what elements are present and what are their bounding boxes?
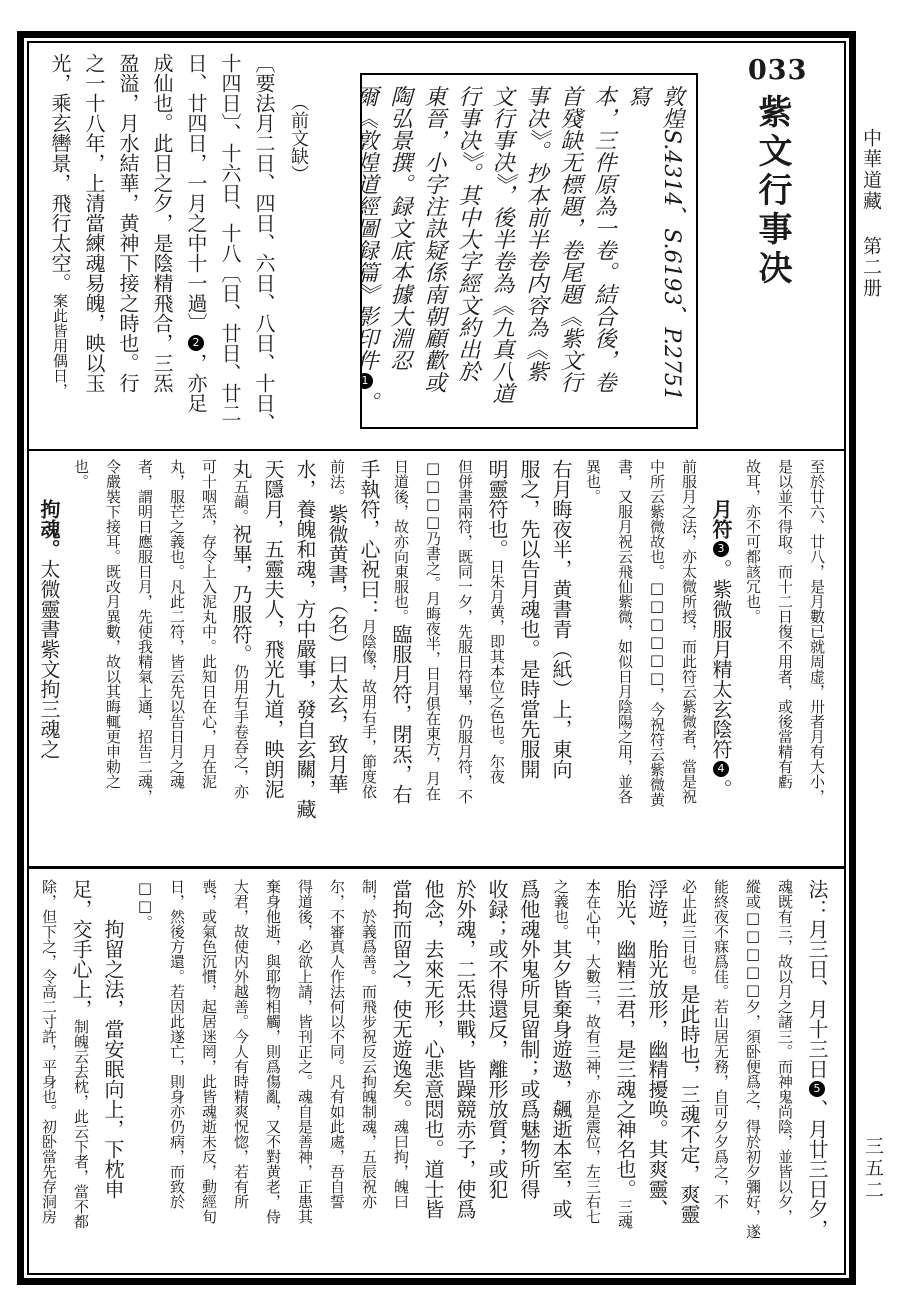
text-run: 十四日〕、十六日、十八〔日、廿日、廿二 xyxy=(218,53,242,423)
text-run: 太微靈書紫文拘三魂之 xyxy=(37,559,61,759)
text-run: 大君，故使内外越善。今人有時精爽怳惚，若有所 xyxy=(232,879,250,1209)
text-column: 盈溢，月水結華，黄神下接之時也。行 xyxy=(111,53,145,441)
text-run: 月陰像，故用右手，節度依 xyxy=(360,619,378,799)
text-run: 足，交手心上， xyxy=(69,879,93,1019)
text-column: 令嚴裝下接耳。既改月異數，故以其晦輒更申勅之 xyxy=(97,459,129,862)
volume-label: 第二册 xyxy=(860,236,882,299)
text-run: 陶弘景撰。録文底本據大淵忍 xyxy=(387,85,412,371)
text-column: 丸五韻。祝畢，乃服符。仍用右手卷吞之，亦 xyxy=(225,459,257,862)
text-column: 事决》。抄本前半卷内容為《紫 xyxy=(518,85,552,417)
text-run: 胎光、幽精三君，是三魂之神名也。 xyxy=(613,879,637,1199)
text-column: 前法。紫微黄書，（名）曰太玄，致月華 xyxy=(321,459,353,862)
text-column: 之一十八年，上清當練魂易魄，映以玉 xyxy=(77,53,111,441)
text-run: 。紫微服月精太玄陰符 xyxy=(709,559,733,759)
text-run: 爲他魂外鬼所見留制；或爲魅物所得 xyxy=(517,879,541,1199)
text-run: 中所云紫微故也。□□□□□□，今祝符云紫微黄 xyxy=(648,459,666,807)
text-run: 魂既有三，故以月之諸三。而神鬼尚陰，並皆以夕， xyxy=(776,879,794,1224)
text-column: 是以並不得取。而十二日復不用者，或後當精有虧 xyxy=(769,459,801,862)
series-label: 中華道藏 第二册 xyxy=(858,128,885,299)
section-middle: 至於廿六、廿八，是月數已就周虚，卅者月有大小，是以並不得取。而十二日復不用者，或… xyxy=(29,451,837,866)
text-column: 本在心中，大數三，故有三神，亦是震位，左三右七 xyxy=(577,879,609,1269)
text-column: 陶弘景撰。録文底本據大淵忍 xyxy=(382,85,416,417)
text-column: 敦煌S.4314、S.6193、P.2751寫 xyxy=(620,85,688,417)
text-run: 必止此三日也。 xyxy=(680,879,698,984)
text-run: 書，又服月祝云飛仙紫微，如似日月陰陽之用，並各 xyxy=(616,459,634,804)
text-run: 令嚴裝下接耳。既改月異數，故以其晦輒更申勅之 xyxy=(104,459,122,789)
text-run: 仍用右手卷吞之，亦 xyxy=(232,664,250,799)
text-run: 浮遊，胎光放形，幽精擾唤。其爽靈、 xyxy=(645,879,669,1219)
text-column: 喪，或氣色沉慣，起居迷罔，此皆魂逝未反，動經旬 xyxy=(193,879,225,1269)
text-column: 大君，故使内外越善。今人有時精爽怳惚，若有所 xyxy=(225,879,257,1269)
text-run: 前服月之法，亦太微所授，而此符云紫微者，當是祝 xyxy=(680,459,698,804)
text-run: 其夕皆棄身遊遨，飆逝本室，或 xyxy=(549,939,573,1219)
text-column: 月符3。紫微服月精太玄陰符4。 xyxy=(705,459,737,862)
text-run: 他念，去來无形，心悲意悶也。道士皆 xyxy=(421,879,445,1219)
text-run: 收録；或不得還反，離形放質；或犯 xyxy=(485,879,509,1199)
text-run: 除，但下之，令高二寸許，平身也。初卧當先存洞房 xyxy=(40,879,58,1224)
text-run: 尔，不審真人作法何以不同。凡有如此處，吾自誓 xyxy=(328,879,346,1209)
text-column: 中所云紫微故也。□□□□□□，今祝符云紫微黄 xyxy=(641,459,673,862)
text-column: 〔要法月二日、四日、六日、八日、十日、 xyxy=(247,53,281,441)
top-text-block: （前文缺）〔要法月二日、四日、六日、八日、十日、十四日〕、十六日、十八〔日、廿日… xyxy=(39,53,315,441)
text-run: 之義也。 xyxy=(552,879,570,939)
text-column: 丸，服芒之義也。凡此二符，皆云先以告日月之魂 xyxy=(161,459,193,862)
text-column: 能終夜不寐爲佳。若山居无務，自可夕夕爲之，不 xyxy=(705,879,737,1269)
text-column: 日，然後方還。若因此遂亡，則身亦仍病，而致於 xyxy=(161,879,193,1269)
document-header: 033 紫文行事决 xyxy=(748,55,794,289)
text-run: 日朱月黄，即其本位之色也。尔夜 xyxy=(488,559,506,784)
text-run: 五韻。 xyxy=(232,479,250,524)
text-column: 他念，去來无形，心悲意悶也。道士皆 xyxy=(417,879,449,1269)
text-run: 拘魂。 xyxy=(37,499,61,559)
text-column: 成仙也。此日之夕，是陰精飛合，三炁 xyxy=(145,53,179,441)
text-column: 明靈符也。日朱月黄，即其本位之色也。尔夜 xyxy=(481,459,513,862)
text-run: 文行事决》，後半卷為《九真八道 xyxy=(489,85,514,404)
text-run: 服之，先以告月魂也。是時當先服開 xyxy=(517,459,541,779)
document-number: 033 xyxy=(748,55,794,86)
text-column: 爲他魂外鬼所見留制；或爲魅物所得 xyxy=(513,879,545,1269)
text-run: 明靈符也。 xyxy=(485,459,509,559)
text-column: 十四日〕、十六日、十八〔日、廿日、廿二 xyxy=(213,53,247,441)
text-column: 制，於義爲善。而飛步祝反云拘魄制魂，五辰祝亦 xyxy=(353,879,385,1269)
text-run: 本在心中，大數三，故有三神，亦是震位，左三右七 xyxy=(584,879,602,1224)
text-run: 臨服月符，閉炁，右 xyxy=(389,624,413,804)
text-run: 手執符，心祝曰： xyxy=(357,459,381,619)
text-column: 拘留之法，當安眠向上，下枕申 xyxy=(97,879,129,1269)
text-run: 本，三件原為一卷。結合後，卷 xyxy=(591,85,616,393)
text-run: 敦煌S.4314、S.6193、P.2751寫 xyxy=(625,85,684,401)
text-run: 日、廿四日，一月之中十一過〕 xyxy=(184,53,208,333)
text-column: 收録；或不得還反，離形放質；或犯 xyxy=(481,879,513,1269)
text-column: 魂既有三，故以月之諸三。而神鬼尚陰，並皆以夕， xyxy=(769,879,801,1269)
circled-note-number: 1 xyxy=(360,373,373,389)
text-run: 成仙也。此日之夕，是陰精飛合，三炁 xyxy=(150,53,174,393)
text-run: 盈溢，月水結華，黄神下接之時也。行 xyxy=(116,53,140,393)
text-column: 首殘缺无標題，卷尾題《紫文行 xyxy=(552,85,586,417)
page-frame-inner: 033 紫文行事决 敦煌S.4314、S.6193、P.2751寫本，三件原為一… xyxy=(27,41,846,1275)
text-run: 右月晦夜半，黄書青（紙）上，東向 xyxy=(549,459,573,779)
text-run: 異也。 xyxy=(584,459,602,504)
section-bottom: 法：月三日、月十三日5、月廿三日夕，魂既有三，故以月之諸三。而神鬼尚陰，並皆以夕… xyxy=(29,869,837,1273)
text-column: （前文缺） xyxy=(281,53,315,441)
text-column: 至於廿六、廿八，是月數已就周虚，卅者月有大小， xyxy=(801,459,833,862)
text-run: ，亦足 xyxy=(184,353,208,413)
text-run: 首殘缺无標題，卷尾題《紫文行 xyxy=(557,85,582,393)
text-run: 至於廿六、廿八，是月數已就周虚，卅者月有大小， xyxy=(808,459,826,804)
text-column: 水，養魄和魂，方中嚴事，發自玄關，藏 xyxy=(289,459,321,862)
text-run: 之一十八年，上清當練魂易魄，映以玉 xyxy=(82,53,106,393)
text-column: 爾《敦煌道經圖録篇》影印件1。 xyxy=(360,85,382,417)
text-column: 東晉，小字注訣疑係南朝顧歡或 xyxy=(416,85,450,417)
text-run: 。 xyxy=(360,391,378,413)
text-column: 尔，不審真人作法何以不同。凡有如此處，吾自誓 xyxy=(321,879,353,1269)
circled-note-number: 5 xyxy=(809,1081,825,1097)
text-run: 當拘而留之，使无遊逸矣。 xyxy=(389,879,413,1119)
text-column: □□□□乃書之。月晦夜半，日月俱在東方，月在 xyxy=(417,459,449,862)
text-column: 必止此三日也。是此時也，三魂不定，爽靈 xyxy=(673,879,705,1269)
text-run: 天隱月，五靈夫人，飛光九道，映朗泥 xyxy=(261,459,285,799)
text-run: 光，乘玄轡景，飛行太空。 xyxy=(48,53,72,293)
text-column: 日、廿四日，一月之中十一過〕2，亦足 xyxy=(179,53,213,441)
text-run: 丸 xyxy=(229,459,253,479)
text-column: 右月晦夜半，黄書青（紙）上，東向 xyxy=(545,459,577,862)
text-run: 紫微黄書，（名）曰太玄，致月華 xyxy=(325,504,349,794)
text-column: 於外魂，二炁共戰，皆躁競赤子，使爲 xyxy=(449,879,481,1269)
text-column: 可十咽炁，存令上入泥丸中。此知日在心，月在泥 xyxy=(193,459,225,862)
text-run: 棄身他逝，與耶物相觸，則爲傷亂，又不對黄老，侍 xyxy=(264,879,282,1224)
document-title: 紫文行事决 xyxy=(748,94,797,289)
text-column: 之義也。其夕皆棄身遊遨，飆逝本室，或 xyxy=(545,879,577,1269)
text-column: 行事决》。其中大字經文約出於 xyxy=(450,85,484,417)
text-run: 魂曰拘，魄曰 xyxy=(392,1119,410,1209)
page-number: 三五二 xyxy=(860,1136,887,1202)
text-run: 故耳，亦不可都該冗也。 xyxy=(744,459,762,624)
text-column: 本，三件原為一卷。結合後，卷 xyxy=(586,85,620,417)
text-column: 得道後，必欲上請，皆刊正之。魂自是善神，正患其 xyxy=(289,879,321,1269)
circled-note-number: 2 xyxy=(188,335,204,351)
page-frame: 033 紫文行事决 敦煌S.4314、S.6193、P.2751寫本，三件原為一… xyxy=(17,31,856,1285)
text-column: 棄身他逝，與耶物相觸，則爲傷亂，又不對黄老，侍 xyxy=(257,879,289,1269)
text-run: 於外魂，二炁共戰，皆躁競赤子，使爲 xyxy=(453,879,477,1219)
text-column: 服之，先以告月魂也。是時當先服開 xyxy=(513,459,545,862)
text-column: □□。 xyxy=(129,879,161,1269)
text-run: □□□□乃書之。月晦夜半，日月俱在東方，月在 xyxy=(424,459,442,801)
text-run: 祝畢，乃服符。 xyxy=(229,524,253,664)
text-run: 也。 xyxy=(72,459,90,489)
text-run: 是此時也，三魂不定，爽靈 xyxy=(677,984,701,1224)
series-name: 中華道藏 xyxy=(860,128,882,212)
text-column: 縱或□□□□□夕，須卧便爲之，得於初夕彌好，遂 xyxy=(737,879,769,1269)
text-run: 三魂 xyxy=(616,1199,634,1229)
text-run: 拘留之法，當安眠向上，下枕申 xyxy=(101,919,125,1199)
text-run: 東晉，小字注訣疑係南朝顧歡或 xyxy=(421,85,446,393)
circled-note-number: 4 xyxy=(713,761,729,777)
text-run: 案此皆用偶日， xyxy=(51,293,69,398)
text-run: □□。 xyxy=(136,879,154,930)
text-run: 是以並不得取。而十二日復不用者，或後當精有虧 xyxy=(776,459,794,789)
text-column: 浮遊，胎光放形，幽精擾唤。其爽靈、 xyxy=(641,879,673,1269)
text-run: 行事决》。其中大字經文約出於 xyxy=(455,85,480,382)
text-run: 喪，或氣色沉慣，起居迷罔，此皆魂逝未反，動經旬 xyxy=(200,879,218,1224)
text-run: 事决》。抄本前半卷内容為《紫 xyxy=(523,85,548,382)
text-run: 日道後，故亦向東服也。 xyxy=(392,459,410,624)
text-column: 胎光、幽精三君，是三魂之神名也。三魂 xyxy=(609,879,641,1269)
text-run: 月符 xyxy=(709,499,733,539)
text-column: 天隱月，五靈夫人，飛光九道，映朗泥 xyxy=(257,459,289,862)
text-run: 丸，服芒之義也。凡此二符，皆云先以告日月之魂 xyxy=(168,459,186,789)
text-run: 〔要法月二日、四日、六日、八日、十日、 xyxy=(252,53,276,433)
text-column: 拘魂。太微靈書紫文拘三魂之 xyxy=(33,459,65,862)
text-column: 也。 xyxy=(65,459,97,862)
text-column: 法：月三日、月十三日5、月廿三日夕， xyxy=(801,879,833,1269)
text-run: 制魄云去枕，此云下者，當不都 xyxy=(72,1019,90,1229)
text-run: 者，謂明日應服日月，先使我精氣上通，招告二魂， xyxy=(136,459,154,804)
text-column: 故耳，亦不可都該冗也。 xyxy=(737,459,769,862)
text-run: 前法。 xyxy=(328,459,346,504)
circled-note-number: 3 xyxy=(713,541,729,557)
text-column: 異也。 xyxy=(577,459,609,862)
text-run: 法：月三日、月十三日 xyxy=(805,879,829,1079)
text-run: （前文缺） xyxy=(288,93,309,183)
text-run: 能終夜不寐爲佳。若山居无務，自可夕夕爲之，不 xyxy=(712,879,730,1209)
bibliographic-note-box: 敦煌S.4314、S.6193、P.2751寫本，三件原為一卷。結合後，卷首殘缺… xyxy=(360,73,698,429)
text-column: 當拘而留之，使无遊逸矣。魂曰拘，魄曰 xyxy=(385,879,417,1269)
text-run: 但併書兩符，既同一夕，先服日符畢，仍服月符，不 xyxy=(456,459,474,804)
text-column: 日道後，故亦向東服也。臨服月符，閉炁，右 xyxy=(385,459,417,862)
text-column: 光，乘玄轡景，飛行太空。案此皆用偶日， xyxy=(43,53,77,441)
text-run: 可十咽炁，存令上入泥丸中。此知日在心，月在泥 xyxy=(200,459,218,789)
text-column: 者，謂明日應服日月，先使我精氣上通，招告二魂， xyxy=(129,459,161,862)
text-run: 日，然後方還。若因此遂亡，則身亦仍病，而致於 xyxy=(168,879,186,1209)
text-column: 書，又服月祝云飛仙紫微，如似日月陰陽之用，並各 xyxy=(609,459,641,862)
text-column: 文行事决》，後半卷為《九真八道 xyxy=(484,85,518,417)
text-column: 足，交手心上，制魄云去枕，此云下者，當不都 xyxy=(65,879,97,1269)
text-run: 縱或□□□□□夕，須卧便爲之，得於初夕彌好，遂 xyxy=(744,879,762,1239)
text-run: 得道後，必欲上請，皆刊正之。魂自是善神，正患其 xyxy=(296,879,314,1224)
text-run: 爾《敦煌道經圖録篇》影印件 xyxy=(360,85,378,371)
text-run: 。 xyxy=(709,779,733,799)
text-run: 制，於義爲善。而飛步祝反云拘魄制魂，五辰祝亦 xyxy=(360,879,378,1209)
text-column: 前服月之法，亦太微所授，而此符云紫微者，當是祝 xyxy=(673,459,705,862)
text-column: 除，但下之，令高二寸許，平身也。初卧當先存洞房 xyxy=(33,879,65,1269)
text-column: 手執符，心祝曰：月陰像，故用右手，節度依 xyxy=(353,459,385,862)
text-column: 但併書兩符，既同一夕，先服日符畢，仍服月符，不 xyxy=(449,459,481,862)
section-top: 033 紫文行事决 敦煌S.4314、S.6193、P.2751寫本，三件原為一… xyxy=(29,43,844,449)
text-run: 水，養魄和魂，方中嚴事，發自玄關，藏 xyxy=(293,459,317,819)
text-run: 、月廿三日夕， xyxy=(805,1099,829,1239)
